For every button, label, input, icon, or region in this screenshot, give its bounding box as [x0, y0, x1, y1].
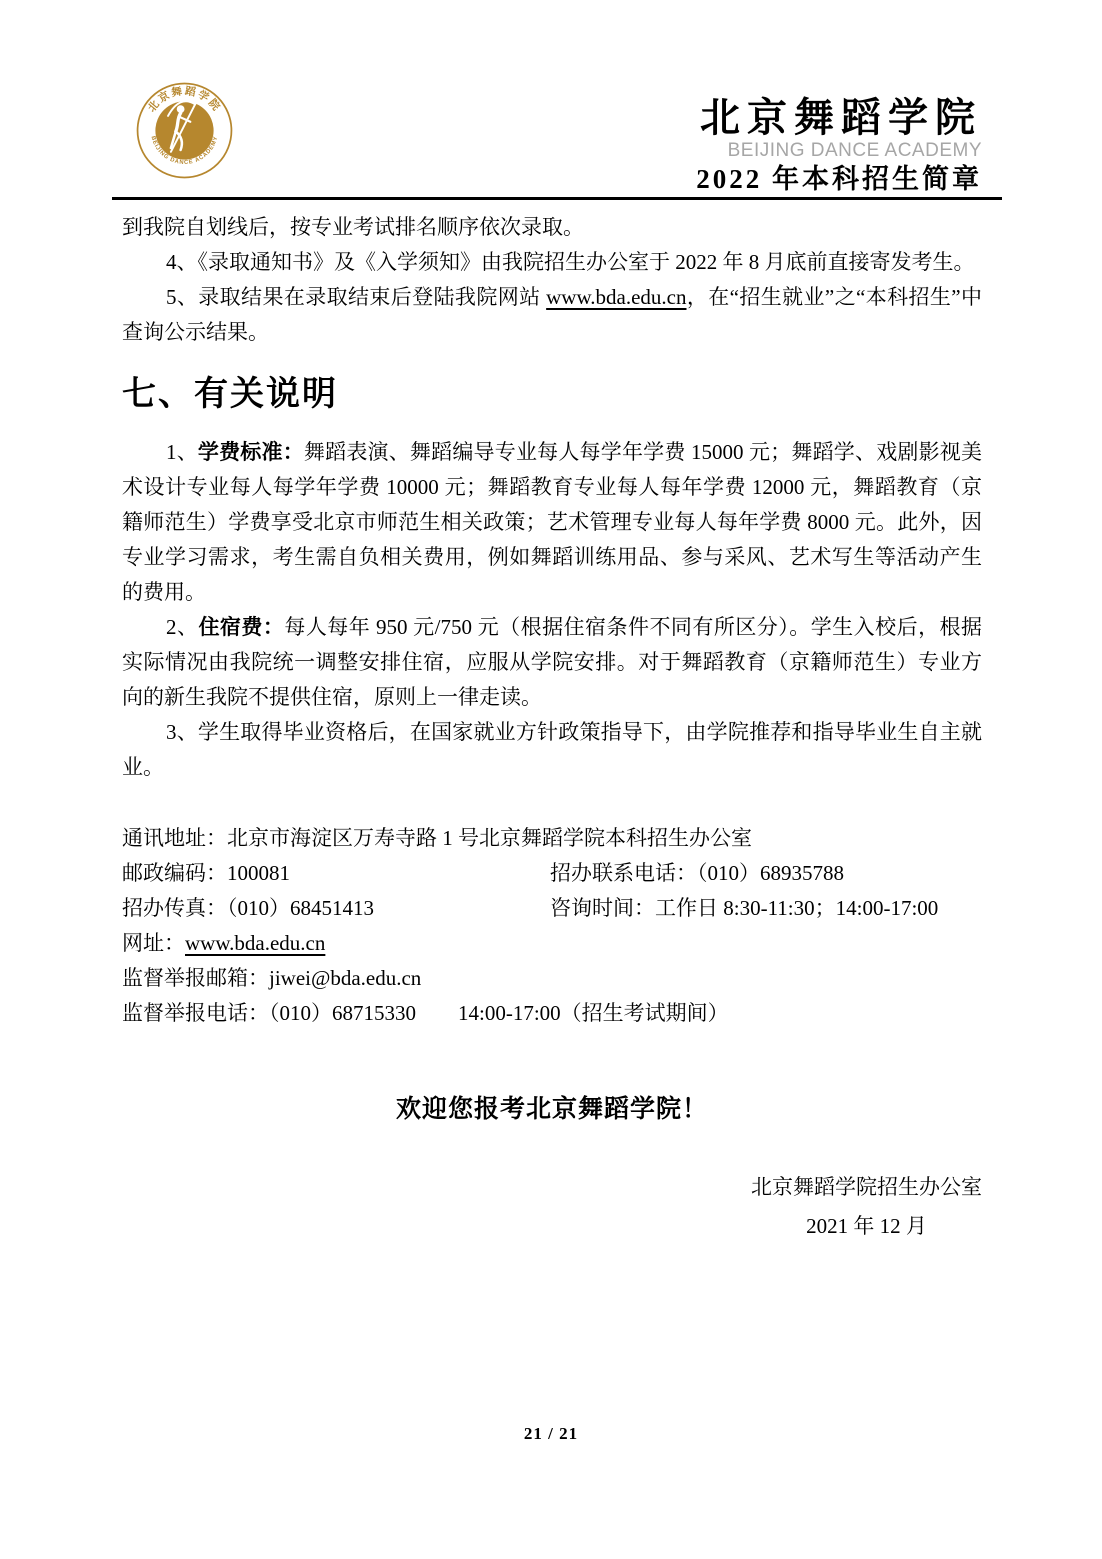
contact-phone: 招办联系电话：（010）68935788 — [550, 856, 844, 891]
contact-address: 通讯地址：北京市海淀区万寿寺路 1 号北京舞蹈学院本科招生办公室 — [122, 821, 982, 856]
signature-office: 北京舞蹈学院招生办公室 — [751, 1168, 982, 1207]
section-heading: 七、有关说明 — [122, 372, 982, 416]
paragraph-accommodation: 2、住宿费：每人每年 950 元/750 元（根据住宿条件不同有所区分）。学生入… — [122, 610, 982, 715]
document-page: 北京舞蹈学院 BEIJING DANCE ACADEMY 北京舞蹈学院 BEIJ… — [0, 0, 1102, 1559]
contact-block: 通讯地址：北京市海淀区万寿寺路 1 号北京舞蹈学院本科招生办公室 邮政编码：10… — [122, 821, 982, 1031]
contact-report-phone: 监督举报电话：（010）68715330 — [122, 1001, 416, 1025]
signature-inner: 北京舞蹈学院招生办公室 2021 年 12 月 — [751, 1168, 982, 1246]
bda-seal-logo-icon: 北京舞蹈学院 BEIJING DANCE ACADEMY — [136, 82, 233, 179]
page-number: 21 / 21 — [524, 1424, 578, 1443]
paragraph-tuition: 1、学费标准：舞蹈表演、舞蹈编导专业每人每学年学费 15000 元；舞蹈学、戏剧… — [122, 435, 982, 610]
page-footer: 21 / 21 — [0, 1424, 1102, 1444]
contact-report-phone-line: 监督举报电话：（010）6871533014:00-17:00（招生考试期间） — [122, 996, 982, 1031]
tuition-number: 1、 — [166, 440, 198, 464]
website-link[interactable]: www.bda.edu.cn — [546, 285, 686, 309]
tuition-text: 舞蹈表演、舞蹈编导专业每人每学年学费 15000 元；舞蹈学、戏剧影视美术设计专… — [122, 440, 982, 604]
contact-website-label: 网址： — [122, 931, 185, 955]
masthead: 北京舞蹈学院 BEIJING DANCE ACADEMY 2022 年本科招生简… — [696, 96, 982, 195]
contact-row-2: 招办传真：（010）68451413 咨询时间：工作日 8:30-11:30；1… — [122, 891, 982, 926]
contact-report-email: 监督举报邮箱：jiwei@bda.edu.cn — [122, 961, 982, 996]
paragraph-item4: 4、《录取通知书》及《入学须知》由我院招生办公室于 2022 年 8 月底前直接… — [122, 245, 982, 280]
item5-text-before: 5、录取结果在录取结束后登陆我院网站 — [166, 285, 546, 309]
contact-hours: 咨询时间：工作日 8:30-11:30；14:00-17:00 — [550, 891, 938, 926]
paragraph-continued: 到我院自划线后，按专业考试排名顺序依次录取。 — [122, 210, 982, 245]
masthead-subtitle: 2022 年本科招生简章 — [696, 165, 982, 195]
signature-block: 北京舞蹈学院招生办公室 2021 年 12 月 — [122, 1168, 982, 1246]
tuition-label: 学费标准： — [198, 440, 304, 464]
document-body: 到我院自划线后，按专业考试排名顺序依次录取。 4、《录取通知书》及《入学须知》由… — [122, 206, 982, 1246]
contact-report-phone-time: 14:00-17:00（招生考试期间） — [458, 996, 729, 1031]
accommodation-label: 住宿费： — [198, 615, 284, 639]
accommodation-number: 2、 — [166, 615, 198, 639]
contact-website-line: 网址：www.bda.edu.cn — [122, 926, 982, 961]
contact-fax: 招办传真：（010）68451413 — [122, 891, 550, 926]
paragraph-item5: 5、录取结果在录取结束后登陆我院网站 www.bda.edu.cn，在“招生就业… — [122, 280, 982, 350]
contact-row-1: 邮政编码：100081 招办联系电话：（010）68935788 — [122, 856, 982, 891]
paragraph-employment: 3、学生取得毕业资格后，在国家就业方针政策指导下，由学院推荐和指导毕业生自主就业… — [122, 715, 982, 785]
header-divider — [112, 197, 1002, 200]
masthead-title-cn: 北京舞蹈学院 — [696, 96, 982, 140]
signature-date: 2021 年 12 月 — [751, 1207, 982, 1246]
contact-website-link[interactable]: www.bda.edu.cn — [185, 931, 325, 955]
contact-postcode: 邮政编码：100081 — [122, 856, 550, 891]
welcome-line: 欢迎您报考北京舞蹈学院！ — [122, 1093, 982, 1126]
masthead-title-en: BEIJING DANCE ACADEMY — [696, 141, 982, 160]
